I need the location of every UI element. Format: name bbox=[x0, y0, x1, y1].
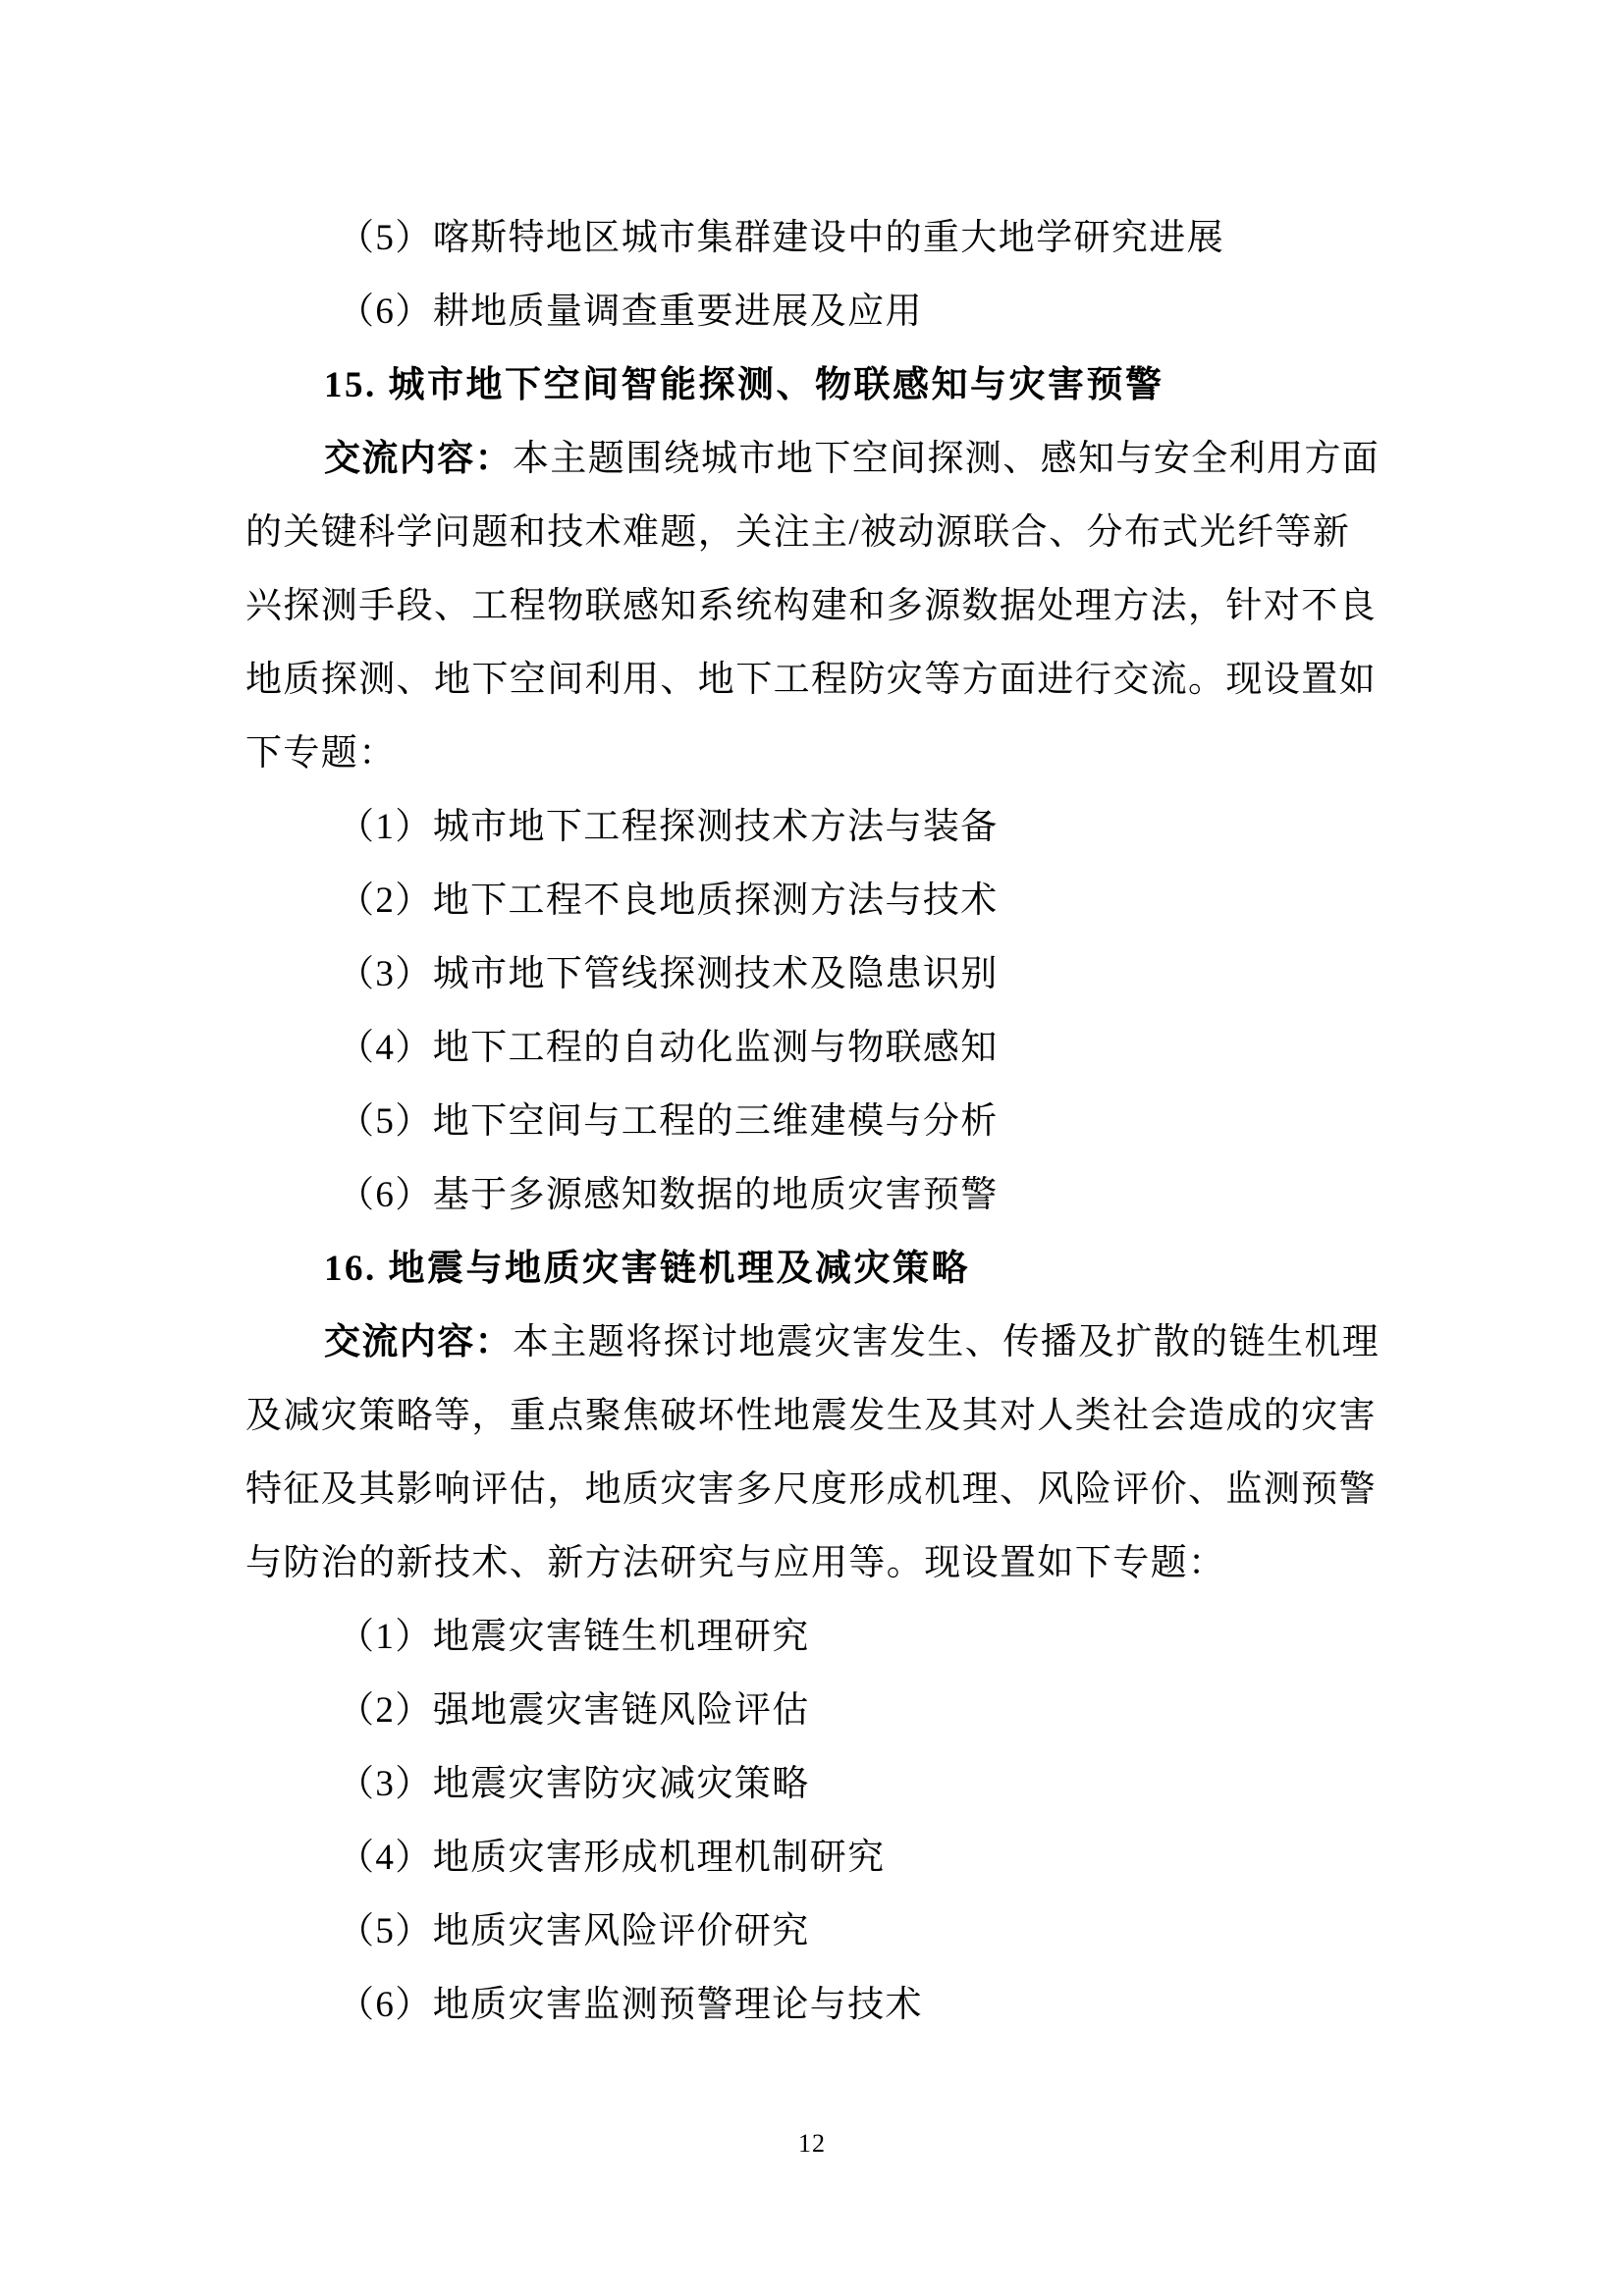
paragraph-line: 特征及其影响评估，地质灾害多尺度形成机理、风险评价、监测预警 bbox=[245, 1453, 1380, 1526]
list-item: （1）城市地下工程探测技术方法与装备 bbox=[245, 790, 1380, 864]
paragraph-text: 本主题将探讨地震灾害发生、传播及扩散的链生机理 bbox=[513, 1322, 1380, 1362]
list-item: （6）基于多源感知数据的地质灾害预警 bbox=[245, 1158, 1380, 1232]
list-item: （4）地质灾害形成机理机制研究 bbox=[245, 1821, 1380, 1895]
list-item: （3）地震灾害防灾减灾策略 bbox=[245, 1747, 1380, 1821]
intro-label: 交流内容： bbox=[324, 1322, 513, 1362]
intro-label: 交流内容： bbox=[324, 439, 513, 479]
paragraph-line: 与防治的新技术、新方法研究与应用等。现设置如下专题： bbox=[245, 1526, 1380, 1600]
paragraph-line: 交流内容：本主题围绕城市地下空间探测、感知与安全利用方面 bbox=[245, 422, 1380, 496]
list-item: （5）地下空间与工程的三维建模与分析 bbox=[245, 1085, 1380, 1158]
section-heading-16: 16. 地震与地质灾害链机理及减灾策略 bbox=[245, 1232, 1380, 1306]
list-item: （6）耕地质量调查重要进展及应用 bbox=[245, 275, 1380, 348]
paragraph-line: 兴探测手段、工程物联感知系统构建和多源数据处理方法，针对不良 bbox=[245, 569, 1380, 643]
page-number: 12 bbox=[0, 2128, 1624, 2160]
paragraph-line: 地质探测、地下空间利用、地下工程防灾等方面进行交流。现设置如 bbox=[245, 643, 1380, 717]
list-item: （5）喀斯特地区城市集群建设中的重大地学研究进展 bbox=[245, 201, 1380, 275]
list-item: （6）地质灾害监测预警理论与技术 bbox=[245, 1968, 1380, 2042]
document-page: （5）喀斯特地区城市集群建设中的重大地学研究进展 （6）耕地质量调查重要进展及应… bbox=[0, 0, 1624, 2296]
list-item: （4）地下工程的自动化监测与物联感知 bbox=[245, 1011, 1380, 1085]
section-heading-15: 15. 城市地下空间智能探测、物联感知与灾害预警 bbox=[245, 348, 1380, 422]
page-content: （5）喀斯特地区城市集群建设中的重大地学研究进展 （6）耕地质量调查重要进展及应… bbox=[245, 201, 1380, 2042]
paragraph-text: 本主题围绕城市地下空间探测、感知与安全利用方面 bbox=[513, 439, 1380, 479]
paragraph-line: 交流内容：本主题将探讨地震灾害发生、传播及扩散的链生机理 bbox=[245, 1306, 1380, 1379]
list-item: （2）强地震灾害链风险评估 bbox=[245, 1674, 1380, 1747]
paragraph-line: 的关键科学问题和技术难题，关注主/被动源联合、分布式光纤等新 bbox=[245, 496, 1380, 569]
list-item: （2）地下工程不良地质探测方法与技术 bbox=[245, 864, 1380, 937]
list-item: （1）地震灾害链生机理研究 bbox=[245, 1600, 1380, 1674]
list-item: （5）地质灾害风险评价研究 bbox=[245, 1895, 1380, 1968]
paragraph-line: 下专题： bbox=[245, 717, 1380, 790]
list-item: （3）城市地下管线探测技术及隐患识别 bbox=[245, 937, 1380, 1011]
paragraph-line: 及减灾策略等，重点聚焦破坏性地震发生及其对人类社会造成的灾害 bbox=[245, 1379, 1380, 1453]
